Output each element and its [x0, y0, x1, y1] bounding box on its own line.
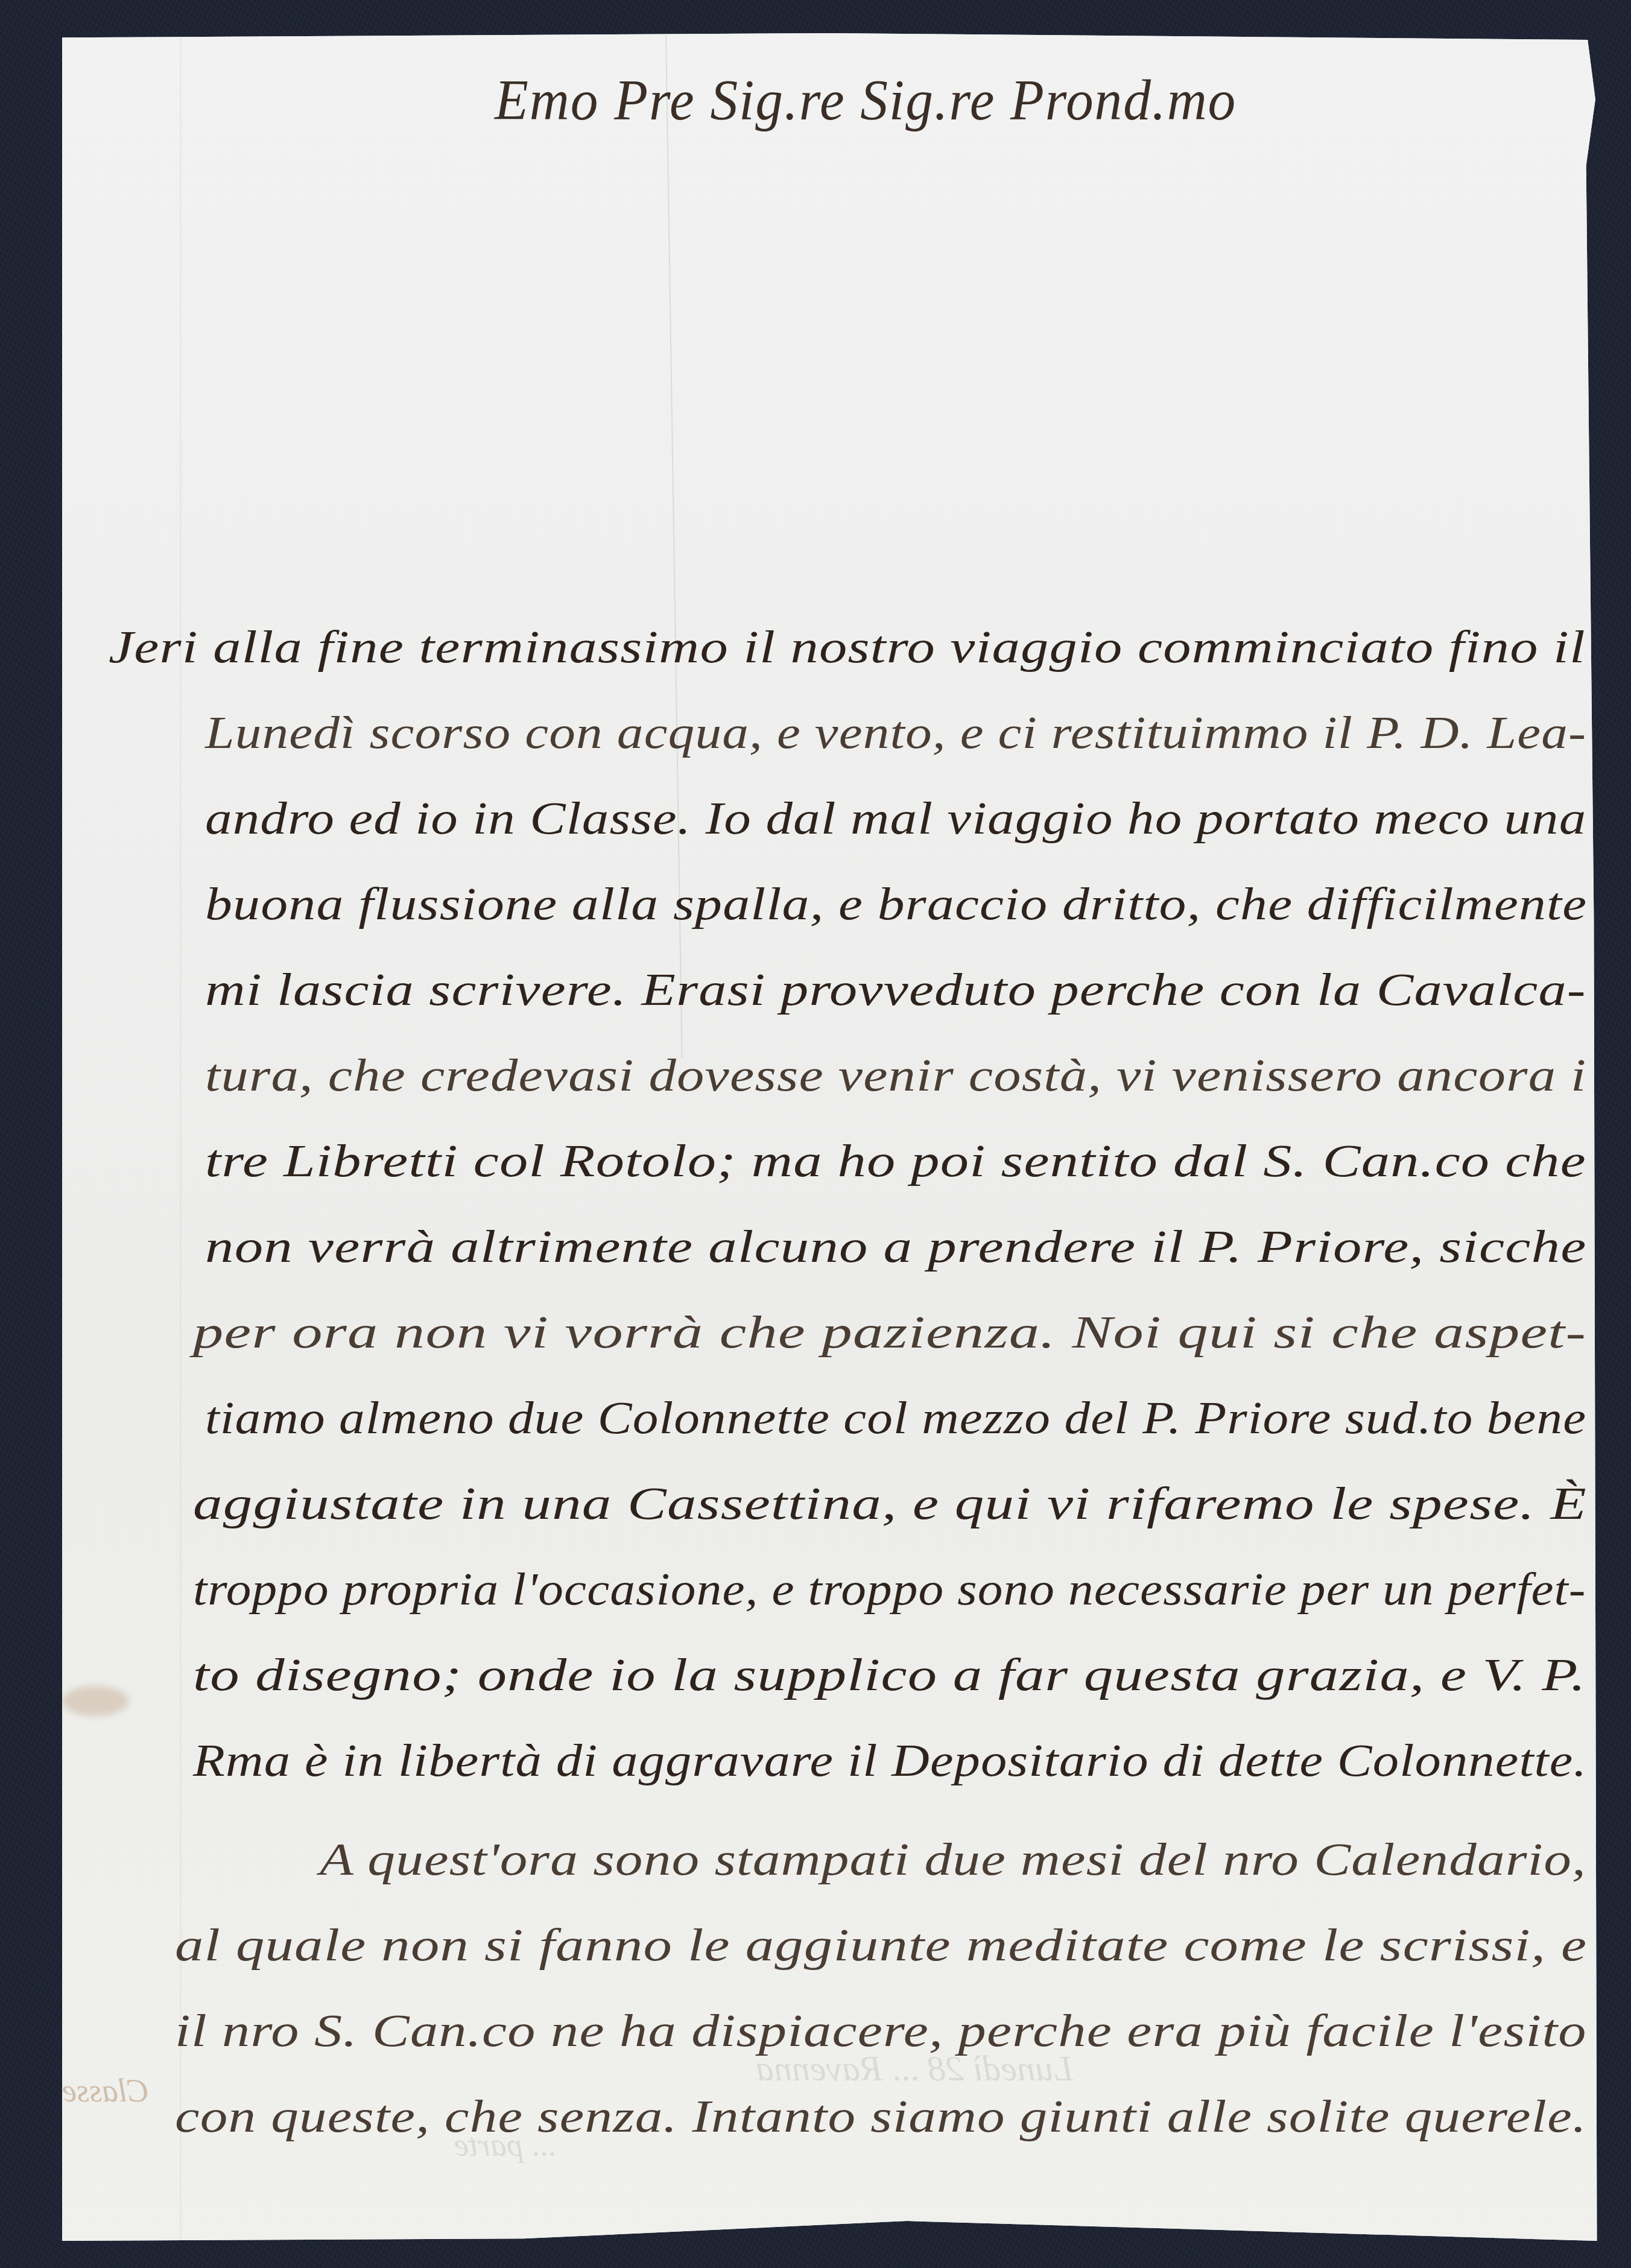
letter-line: al quale non si fanno le aggiunte medita…: [175, 1919, 1587, 1972]
letter-line: to disegno; onde io la supplico a far qu…: [193, 1649, 1586, 1702]
letter-line: aggiustate in una Cassettina, e qui vi r…: [193, 1478, 1587, 1530]
letter-line: non verrà altrimente alcuno a prendere i…: [205, 1221, 1587, 1273]
letter-line: Jeri alla fine terminassimo il nostro vi…: [109, 621, 1586, 674]
bleed-through-text: Classe: [62, 2072, 149, 2109]
letter-line: andro ed io in Classe. Io dal mal viaggi…: [205, 793, 1586, 845]
letter-salutation-heading: Emo Pre Sig.re Sig.re Prond.mo: [495, 66, 1213, 133]
letter-line: Rma è in libertà di aggravare il Deposit…: [193, 1735, 1587, 1787]
letter-line: per ora non vi vorrà che pazienza. Noi q…: [193, 1307, 1586, 1359]
letter-line: tre Libretti col Rotolo; ma ho poi senti…: [205, 1135, 1586, 1188]
letter-line: tura, che credevasi dovesse venir costà,…: [205, 1050, 1587, 1102]
letter-line: tiamo almeno due Colonnette col mezzo de…: [205, 1392, 1586, 1445]
letter-line: il nro S. Can.co ne ha dispiacere, perch…: [175, 2005, 1587, 2057]
letter-line: Lunedì scorso con acqua, e vento, e ci r…: [205, 707, 1586, 759]
letter-line: troppo propria l'occasione, e troppo son…: [193, 1563, 1586, 1616]
ink-stain: [62, 1686, 128, 1716]
letter-line: con queste, che senza. Intanto siamo giu…: [175, 2091, 1587, 2143]
letter-line-paragraph-start: A quest'ora sono stampati due mesi del n…: [320, 1834, 1586, 1886]
letter-line: buona flussione alla spalla, e braccio d…: [205, 878, 1587, 931]
letter-line: mi lascia scrivere. Erasi provveduto per…: [205, 964, 1586, 1016]
